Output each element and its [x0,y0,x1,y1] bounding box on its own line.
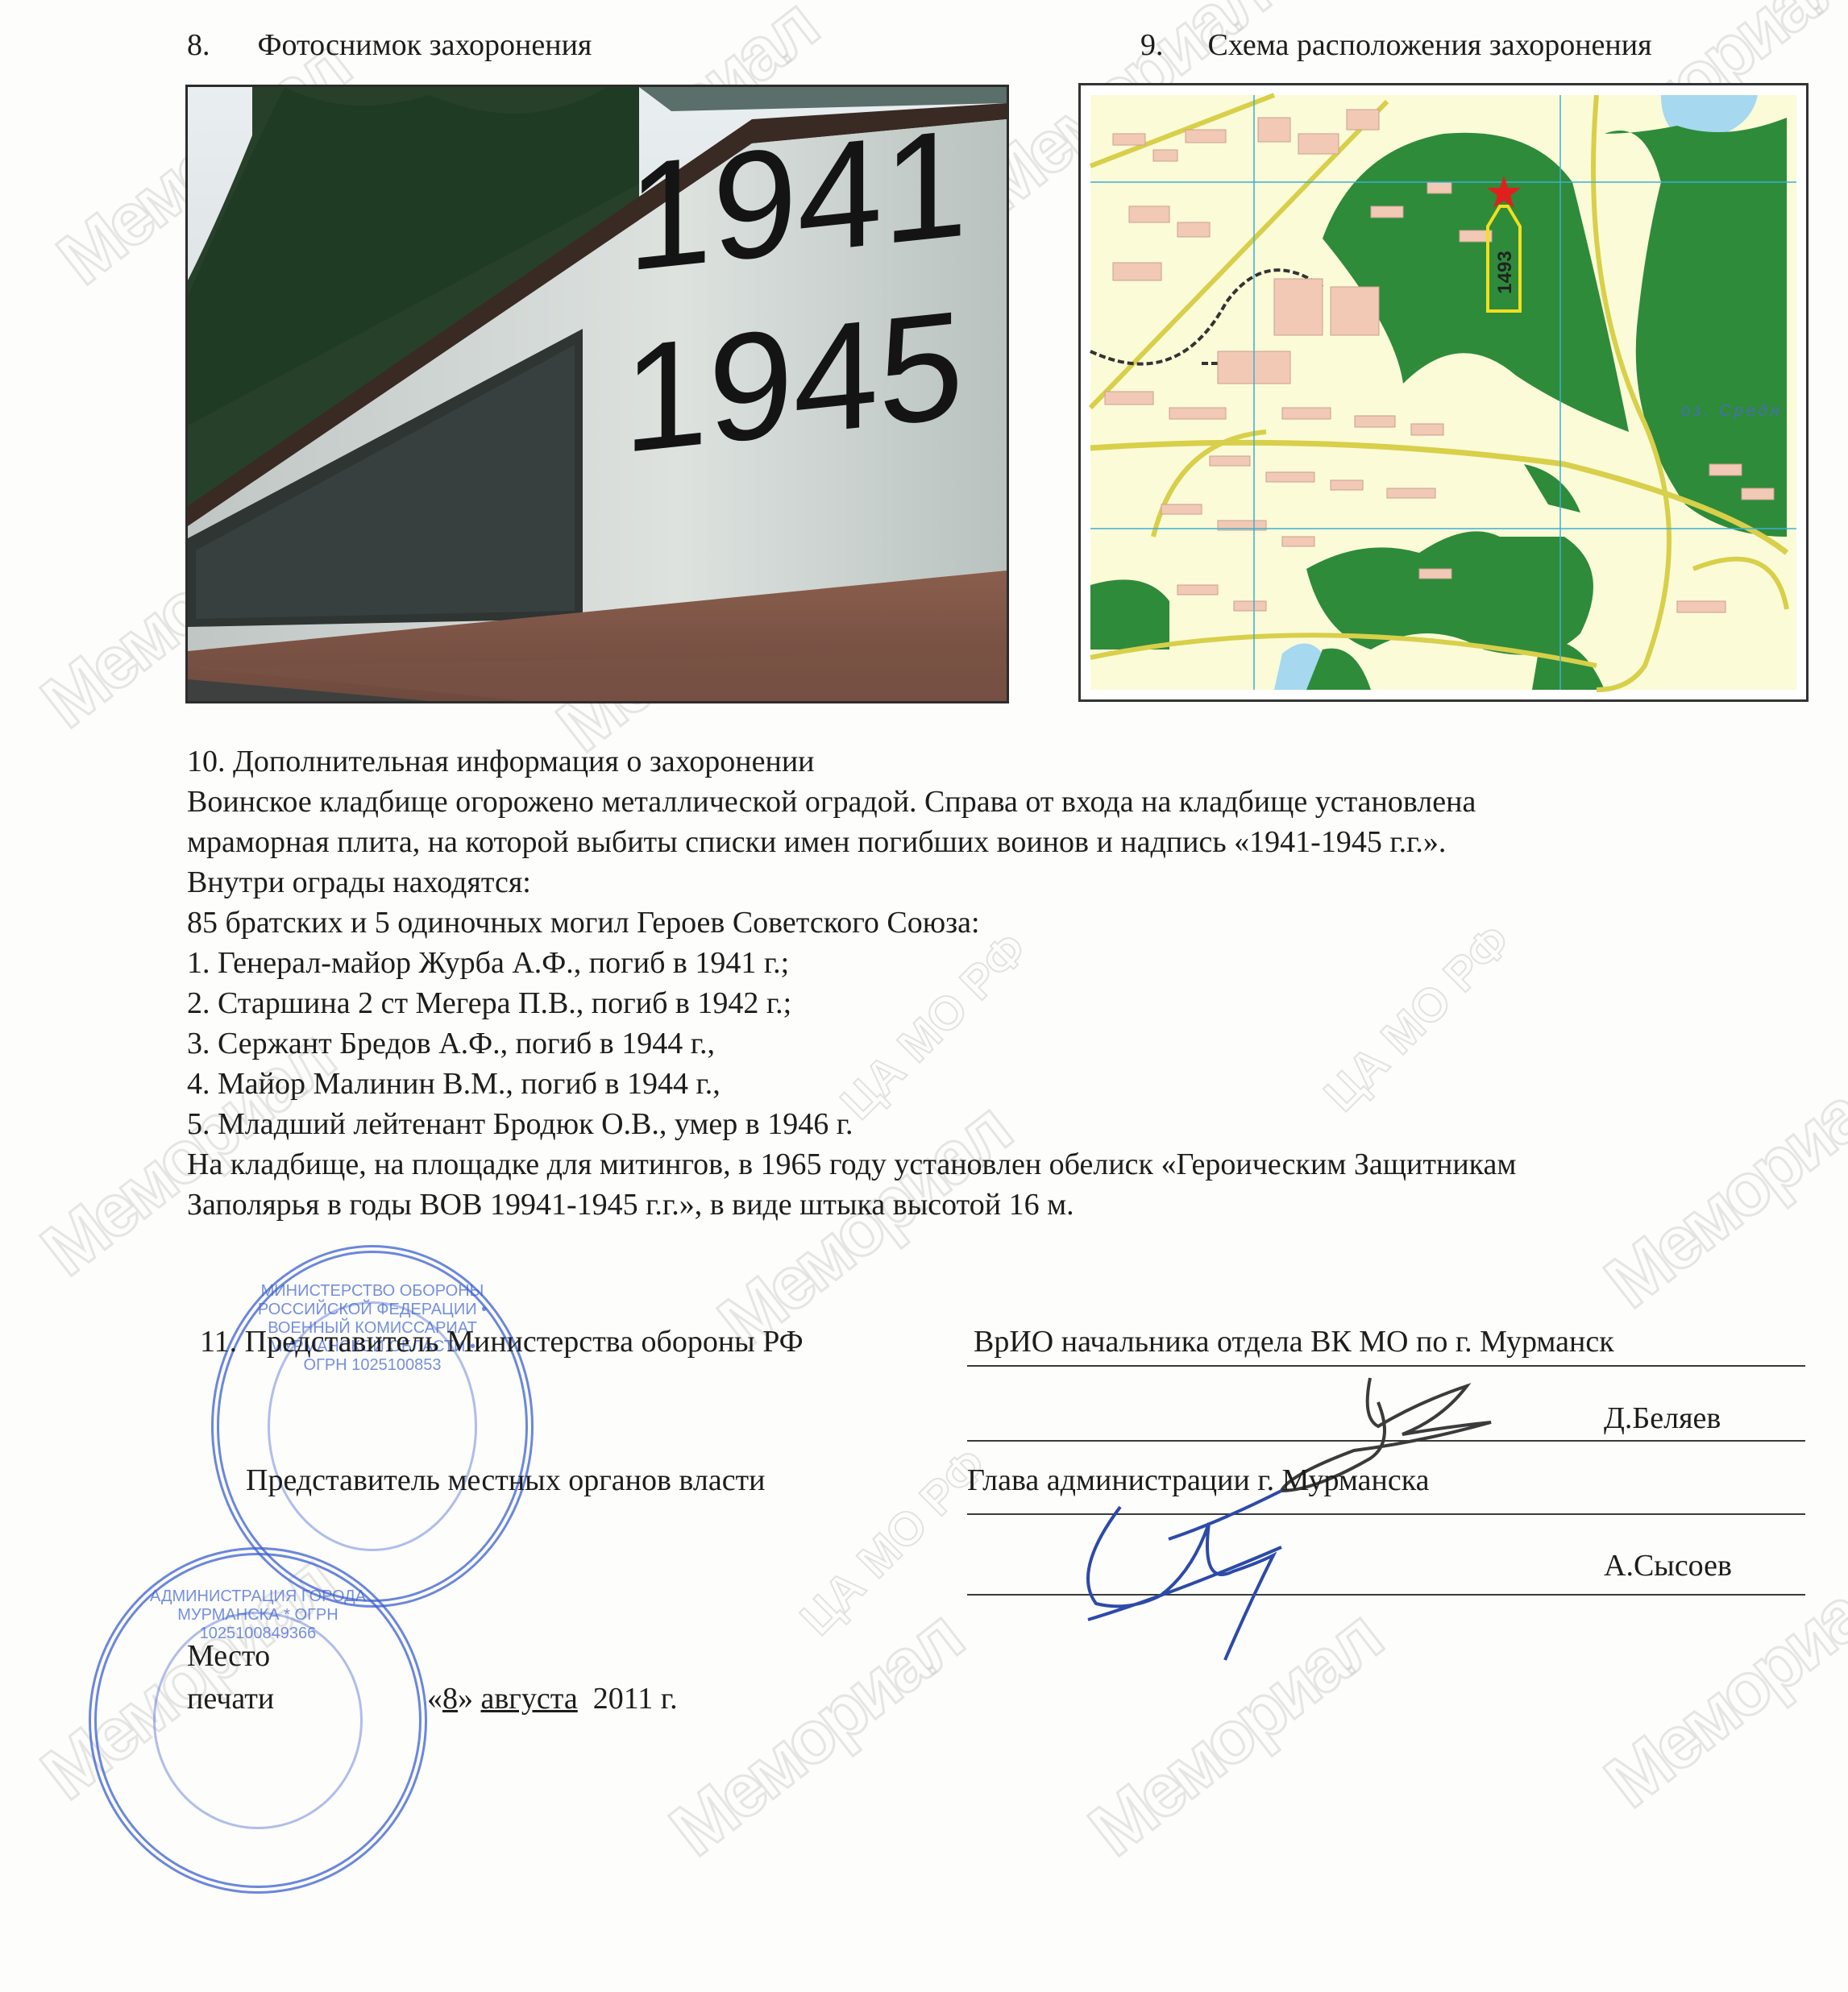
photo-year-1941: 1941 [627,98,968,304]
location-map: 1493 оз. Средн [1078,83,1809,702]
watermark-brand: Мемориал [655,1596,977,1874]
map-scheme: 1493 оз. Средн [1081,85,1806,699]
local-signature [1072,1475,1394,1684]
section9-number: 9. [1140,28,1164,62]
mod-position: ВрИО начальника отдела ВК МО по г. Мурма… [974,1322,1614,1362]
section8-number: 8. [187,28,210,62]
section9-title: Схема расположения захоронения [1208,28,1652,62]
burial-photo: 1941 1945 [185,85,1009,703]
section10-line: 85 братских и 5 одиночных могил Героев С… [187,903,1516,943]
date-day: 8 [442,1682,458,1716]
lake-label: оз. Средн [1681,402,1783,420]
section10-line: мраморная плита, на которой выбиты списк… [187,822,1516,862]
hero-list-item: 3. Сержант Бредов А.Ф., погиб в 1944 г., [187,1023,1516,1064]
section8-title: Фотоснимок захоронения [258,28,592,62]
mod-signatory-name: Д.Беляев [1604,1398,1721,1438]
hero-list-item: 2. Старшина 2 ст Мегера П.В., погиб в 19… [187,983,1516,1023]
seal-place-label-1: Место [187,1636,270,1676]
section10-heading: 10. Дополнительная информация о захороне… [187,741,1516,782]
section9-heading: 9. Схема расположения захоронения [1140,27,1652,63]
date-open-quote: « [427,1682,442,1716]
section10-line: Внутри ограды находятся: [187,862,1516,903]
watermark-archive: ЦА МО РФ [790,1438,998,1646]
hero-list-item: 4. Майор Малинин В.М., погиб в 1944 г., [187,1064,1516,1104]
administration-stamp: АДМИНИСТРАЦИЯ ГОРОДА МУРМАНСКА * ОГРН 10… [89,1547,427,1894]
hero-list-item: 5. Младший лейтенант Бродюк О.В., умер в… [187,1104,1516,1144]
administration-stamp-text: АДМИНИСТРАЦИЯ ГОРОДА МУРМАНСКА * ОГРН 10… [97,1587,419,1643]
date-month: августа [481,1682,578,1716]
section10-line: Воинское кладбище огорожено металлическо… [187,782,1516,822]
hero-list-item: 1. Генерал-майор Журба А.Ф., погиб в 194… [187,943,1516,983]
signature-line [967,1365,1805,1367]
photo-year-1945: 1945 [623,279,964,485]
section8-heading: 8. Фотоснимок захоронения [187,27,592,63]
date-year: 2011 г. [593,1682,678,1716]
local-representative-label: Представитель местных органов власти [246,1460,766,1500]
document-date: «8» августа 2011 г. [427,1679,678,1719]
section10: 10. Дополнительная информация о захороне… [187,741,1516,1225]
section10-line: Заполярья в годы ВОВ 19941-1945 г.г.», в… [187,1185,1516,1225]
date-close-quote: » [458,1682,473,1716]
memorial-wall-photo: 1941 1945 [188,87,1007,701]
local-signatory-name: А.Сысоев [1604,1546,1732,1586]
watermark-brand: Мемориал [1590,1048,1848,1326]
section10-line: На кладбище, на площадке для митингов, в… [187,1144,1516,1185]
mod-representative-label: 11. Представитель Министерства обороны Р… [200,1322,804,1362]
seal-place-label-2: печати [187,1679,274,1719]
burial-number-label: 1493 [1494,251,1516,293]
watermark-brand: Мемориал [1590,1548,1848,1825]
